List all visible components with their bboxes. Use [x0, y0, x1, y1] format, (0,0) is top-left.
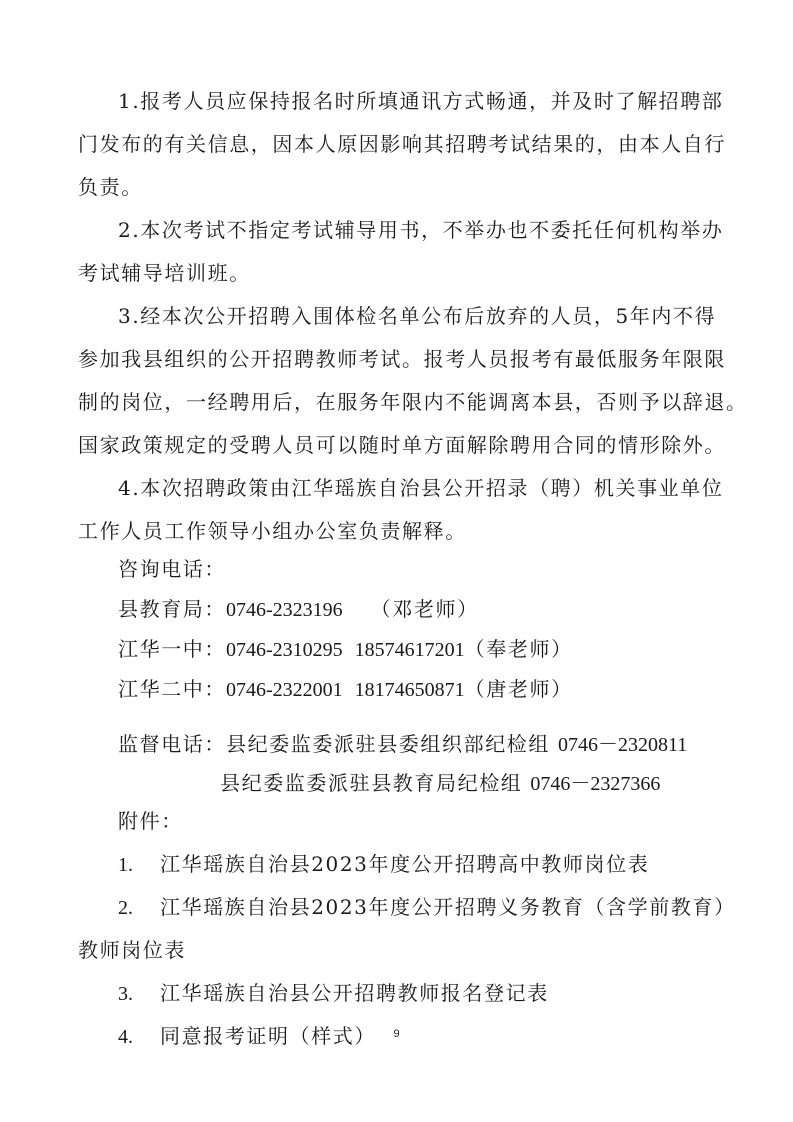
contact-unit: 县教育局：	[118, 597, 226, 621]
attachment-title: 江华瑶族自治县2023年度公开招聘义务教育（含学前教育）	[160, 895, 736, 919]
contact-mobile: 18174650871	[355, 679, 465, 701]
attachment-item: 2.江华瑶族自治县2023年度公开招聘义务教育（含学前教育）	[118, 894, 736, 921]
contact-phone: 0746-2310295	[226, 639, 343, 661]
contact-row: 江华一中：0746-231029518574617201（奉老师）	[118, 636, 573, 663]
supervision-org: 县纪委监委派驻县教育局纪检组	[220, 771, 522, 795]
contact-row: 县教育局：0746-2323196（邓老师）	[118, 596, 479, 623]
contact-row: 江华二中：0746-232200118174650871（唐老师）	[118, 676, 573, 703]
supervision-row: 监督电话：县纪委监委派驻县委组织部纪检组0746－2320811	[118, 731, 687, 758]
contact-phone: 0746-2323196	[226, 599, 343, 621]
attachment-number: 2.	[118, 895, 160, 921]
paragraph-1-line-1: 1.报考人员应保持报名时所填通讯方式畅通，并及时了解招聘部	[118, 88, 723, 114]
contact-person: （邓老师）	[371, 597, 479, 621]
paragraph-3-line-2: 参加我县组织的公开招聘教师考试。报考人员报考有最低服务年限限	[78, 346, 726, 372]
paragraph-1-line-3: 负责。	[78, 174, 143, 200]
attachment-title: 江华瑶族自治县公开招聘教师报名登记表	[160, 981, 549, 1005]
paragraph-3-line-3: 制的岗位，一经聘用后，在服务年限内不能调离本县，否则予以辞退。	[78, 389, 748, 415]
contact-unit: 江华一中：	[118, 637, 226, 661]
contact-mobile: 18574617201	[355, 639, 465, 661]
paragraph-2-line-1: 2.本次考试不指定考试辅导用书，不举办也不委托任何机构举办	[118, 217, 723, 243]
paragraph-4-line-1: 4.本次招聘政策由江华瑶族自治县公开招录（聘）机关事业单位	[118, 475, 723, 501]
supervision-phone: 0746－2320811	[558, 734, 687, 756]
supervision-label: 监督电话：	[118, 732, 226, 756]
attachment-title: 江华瑶族自治县2023年度公开招聘高中教师岗位表	[160, 852, 649, 876]
supervision-org: 县纪委监委派驻县委组织部纪检组	[226, 732, 550, 756]
supervision-phone: 0746－2327366	[530, 773, 660, 795]
document-page: 1.报考人员应保持报名时所填通讯方式畅通，并及时了解招聘部 门发布的有关信息，因…	[0, 0, 793, 1122]
attachment-number: 3.	[118, 981, 160, 1007]
attachments-heading: 附件：	[118, 808, 183, 834]
contact-person: （唐老师）	[465, 677, 573, 701]
contact-person: （奉老师）	[465, 637, 573, 661]
attachment-number: 1.	[118, 852, 160, 878]
paragraph-3-line-4: 国家政策规定的受聘人员可以随时单方面解除聘用合同的情形除外。	[78, 432, 726, 458]
paragraph-2-line-2: 考试辅导培训班。	[78, 260, 251, 286]
supervision-row: 县纪委监委派驻县教育局纪检组0746－2327366	[220, 770, 660, 797]
consult-heading: 咨询电话：	[118, 556, 226, 582]
contact-phone: 0746-2322001	[226, 679, 343, 701]
page-number: 9	[0, 1028, 793, 1040]
paragraph-1-line-2: 门发布的有关信息，因本人原因影响其招聘考试结果的，由本人自行	[78, 131, 726, 157]
attachment-item-continuation: 教师岗位表	[78, 937, 186, 963]
attachment-item: 1.江华瑶族自治县2023年度公开招聘高中教师岗位表	[118, 851, 649, 878]
contact-unit: 江华二中：	[118, 677, 226, 701]
paragraph-3-line-1: 3.经本次公开招聘入围体检名单公布后放弃的人员，5年内不得	[118, 303, 716, 329]
paragraph-4-line-2: 工作人员工作领导小组办公室负责解释。	[78, 518, 467, 544]
attachment-item: 3.江华瑶族自治县公开招聘教师报名登记表	[118, 980, 549, 1007]
